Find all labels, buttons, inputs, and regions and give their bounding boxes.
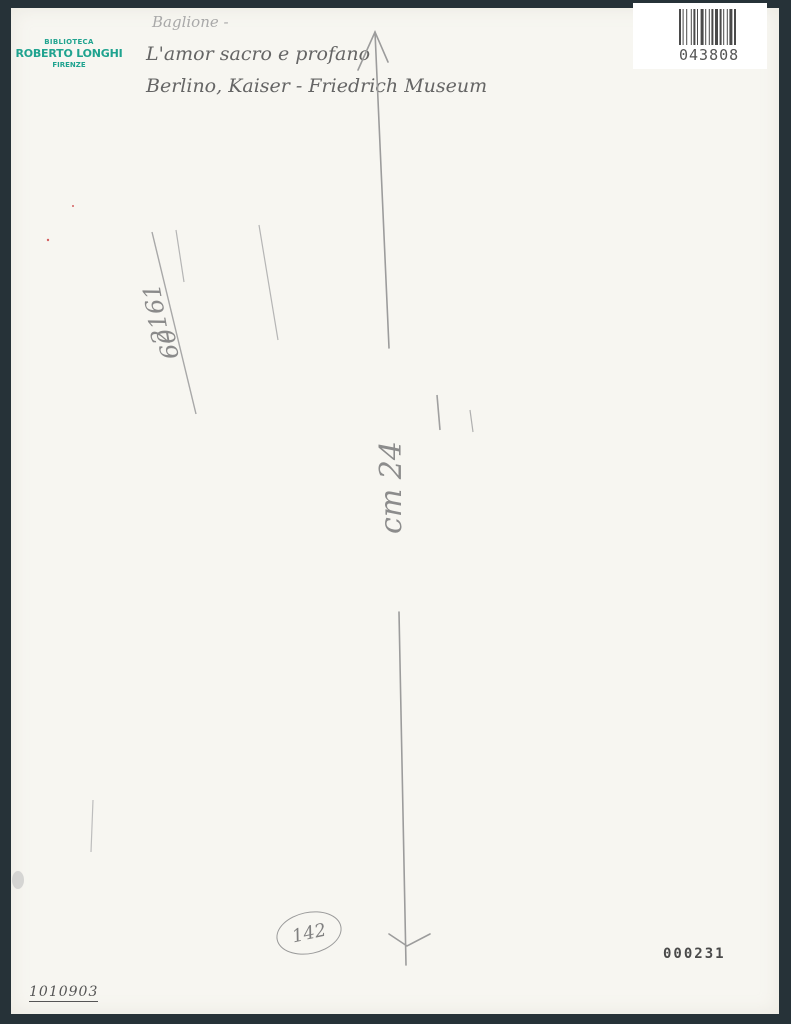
upper-arrow-icon <box>358 32 389 348</box>
handwritten-reference-bottom: 60 <box>152 327 185 362</box>
circled-number-text: 142 <box>290 919 328 947</box>
lower-arrow-icon <box>389 612 430 965</box>
handwritten-dimension: cm 24 <box>374 441 409 534</box>
handwritten-inventory-number: 1010903 <box>29 984 98 1002</box>
printed-serial-number: 000231 <box>663 946 726 962</box>
